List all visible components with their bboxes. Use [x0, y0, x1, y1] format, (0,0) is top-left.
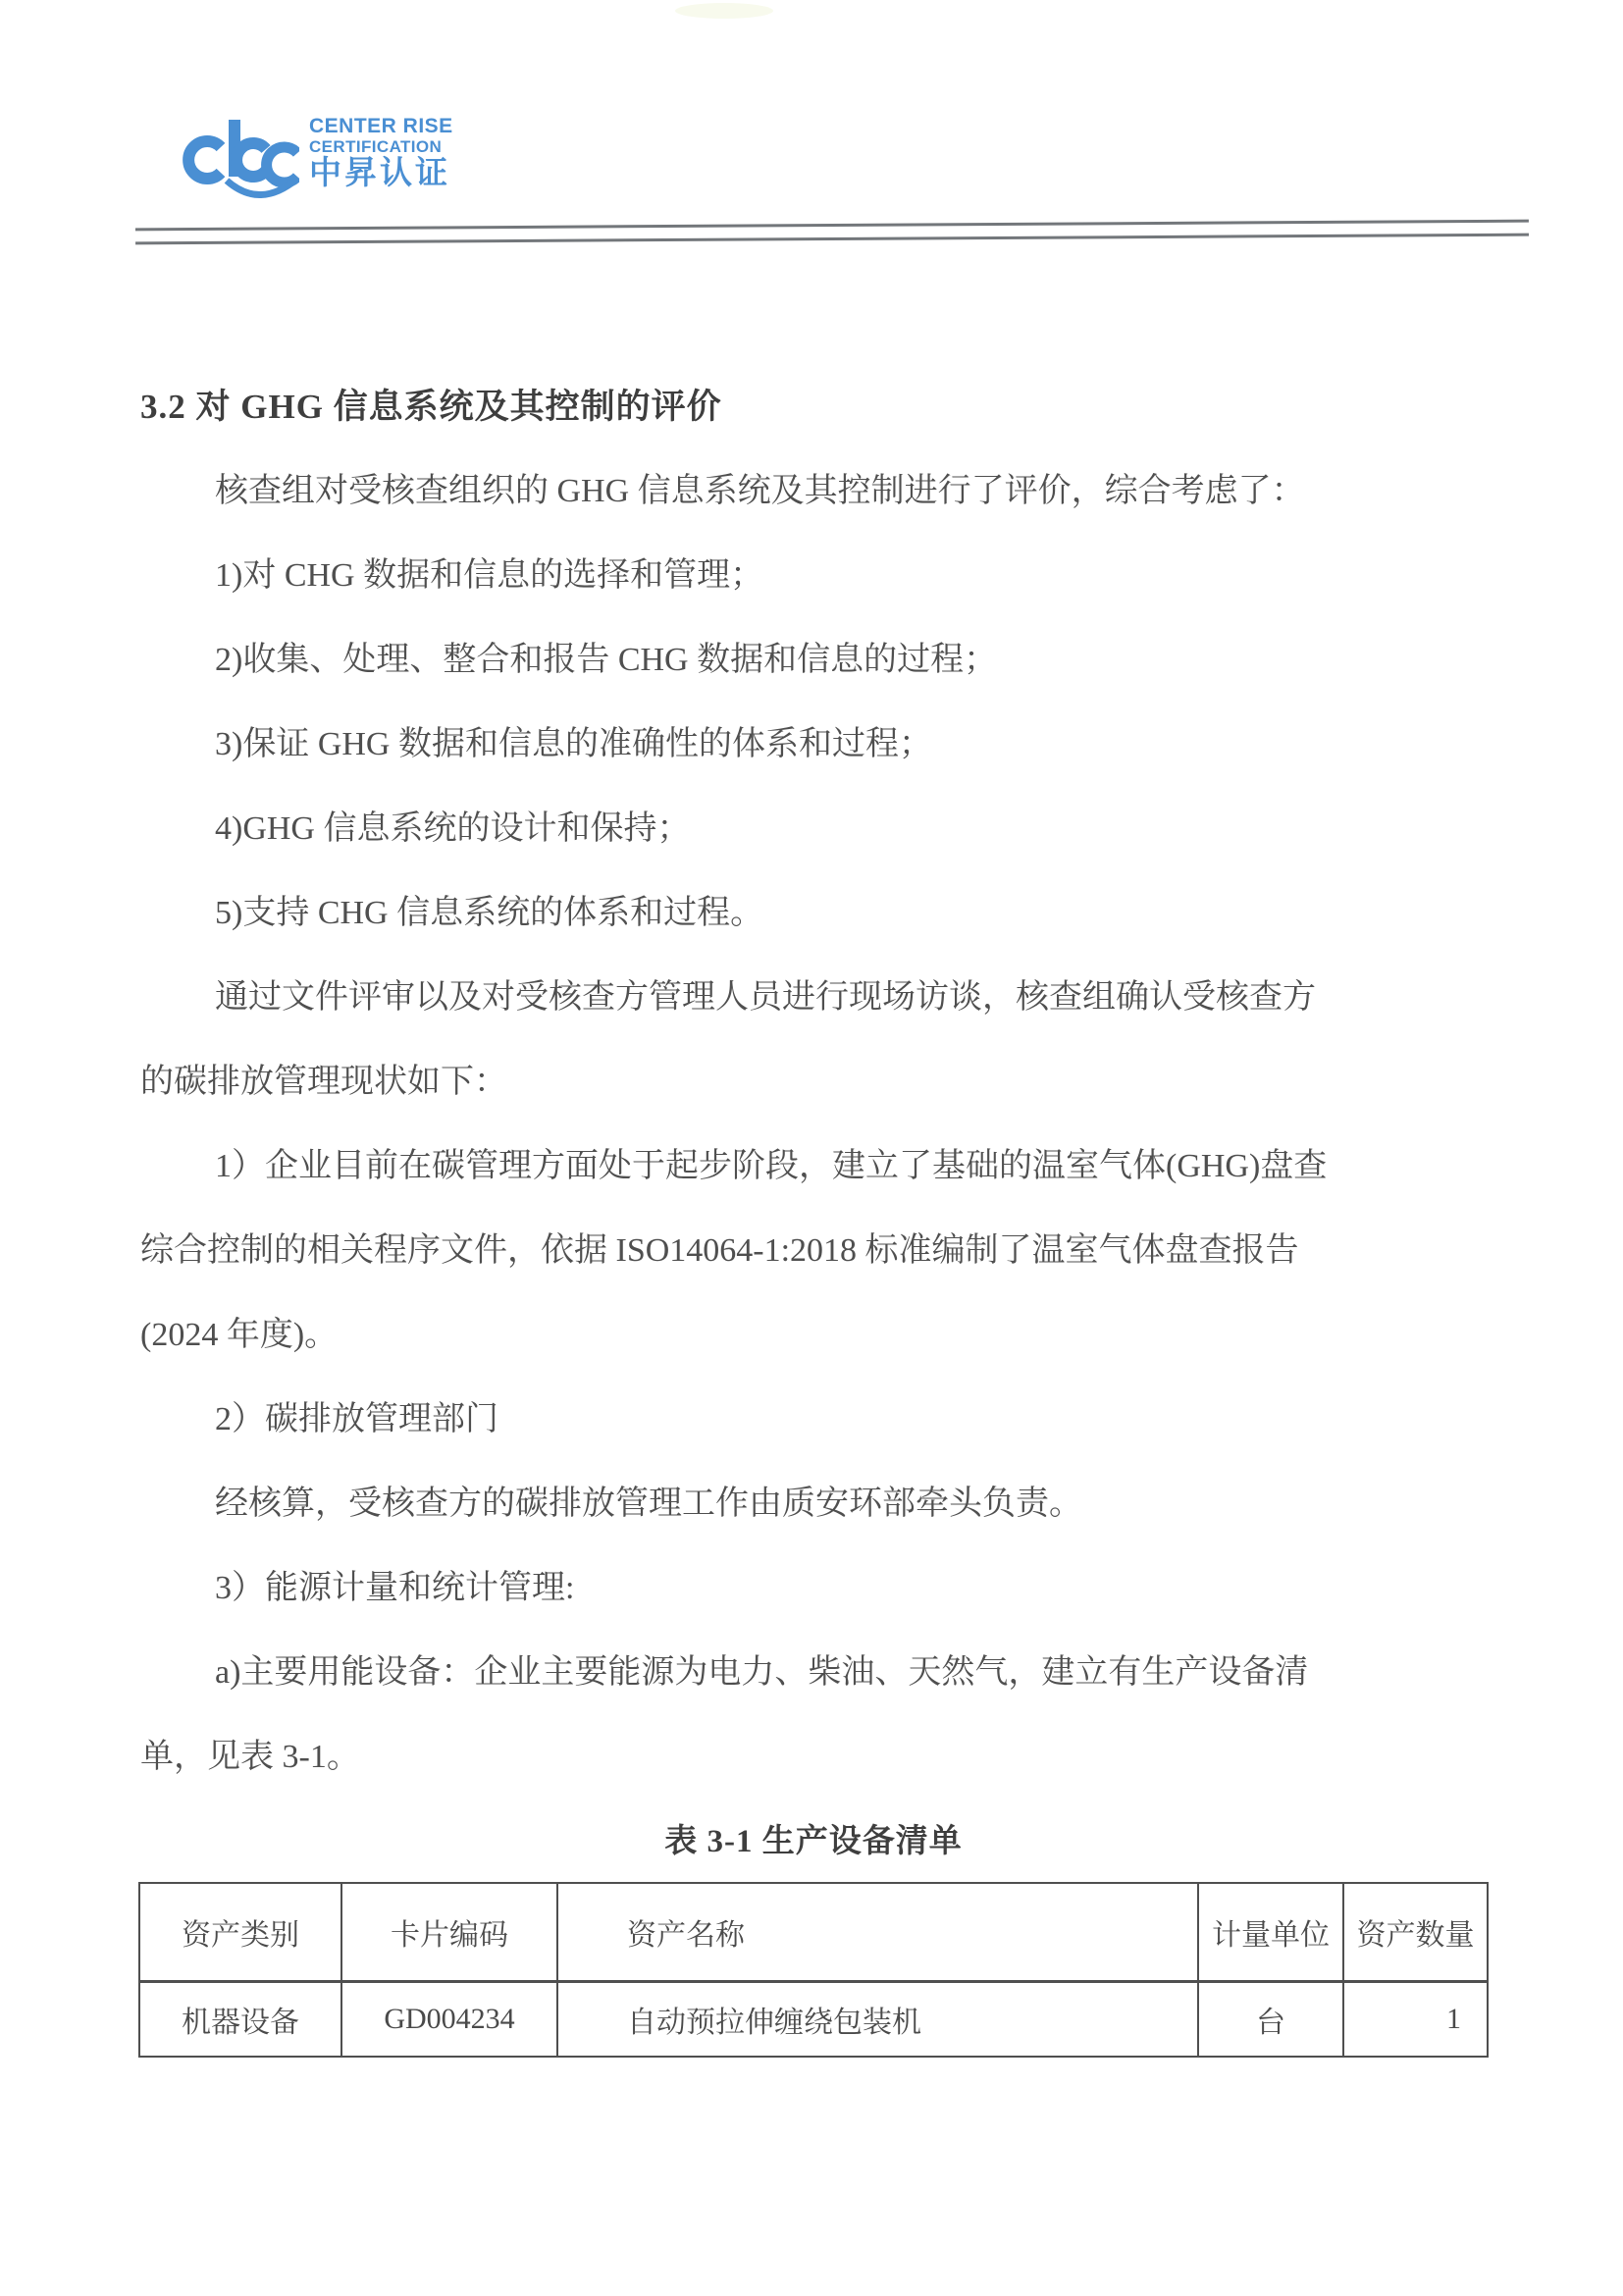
paragraph-line: 经核算，受核查方的碳排放管理工作由质安环部牵头负责。 [140, 1462, 1487, 1546]
header-cell: 卡片编码 [341, 1883, 557, 1981]
paragraph-line: (2024 年度)。 [140, 1293, 1487, 1378]
scan-smudge [675, 3, 773, 19]
paragraph-line: 的碳排放管理现状如下： [140, 1040, 1487, 1124]
paragraph-lines: 核查组对受核查组织的 GHG 信息系统及其控制进行了评价，综合考虑了：1)对 C… [140, 449, 1487, 1800]
paragraph-line: 3)保证 GHG 数据和信息的准确性的体系和过程； [140, 703, 1487, 787]
paragraph-line: 4)GHG 信息系统的设计和保持； [140, 787, 1487, 871]
paragraph-line: a)主要用能设备：企业主要能源为电力、柴油、天然气，建立有生产设备清 [140, 1631, 1487, 1715]
logo-text-line1: CENTER RISE [309, 116, 453, 136]
paragraph-line: 1）企业目前在碳管理方面处于起步阶段，建立了基础的温室气体(GHG)盘查 [140, 1124, 1487, 1209]
paragraph-line: 通过文件评审以及对受核查方管理人员进行现场访谈，核查组确认受核查方 [140, 956, 1487, 1040]
header-cell: 资产数量 [1343, 1883, 1488, 1981]
table-caption: 表 3-1 生产设备清单 [140, 1800, 1487, 1884]
logo-text-line3: 中昇认证 [309, 158, 453, 190]
crc-logo-icon [182, 116, 299, 202]
paragraph-line: 2)收集、处理、整合和报告 CHG 数据和信息的过程； [140, 618, 1487, 703]
data-cell: 机器设备 [139, 1981, 341, 2057]
paragraph-line: 单，见表 3-1。 [140, 1715, 1487, 1800]
logo-text-line2: CERTIFICATION [309, 138, 453, 155]
header-divider-rule [135, 220, 1529, 245]
paragraph-line: 1)对 CHG 数据和信息的选择和管理； [140, 534, 1487, 618]
header-cell: 计量单位 [1198, 1883, 1343, 1981]
paragraph-line: 5)支持 CHG 信息系统的体系和过程。 [140, 871, 1487, 956]
table-row: 机器设备GD004234自动预拉伸缠绕包装机台1 [139, 1981, 1488, 2057]
data-cell: 自动预拉伸缠绕包装机 [557, 1981, 1198, 2057]
equipment-table: 资产类别卡片编码资产名称计量单位资产数量 机器设备GD004234自动预拉伸缠绕… [138, 1882, 1489, 2058]
document-body: 3.2 对 GHG 信息系统及其控制的评价 核查组对受核查组织的 GHG 信息系… [140, 365, 1487, 1884]
paragraph-line: 核查组对受核查组织的 GHG 信息系统及其控制进行了评价，综合考虑了： [140, 449, 1487, 534]
header-cell: 资产类别 [139, 1883, 341, 1981]
section-heading: 3.2 对 GHG 信息系统及其控制的评价 [140, 365, 1487, 449]
paragraph-line: 3）能源计量和统计管理: [140, 1546, 1487, 1631]
equipment-table-header: 资产类别卡片编码资产名称计量单位资产数量 [139, 1883, 1488, 1981]
data-cell: GD004234 [341, 1981, 557, 2057]
paragraph-line: 2）碳排放管理部门 [140, 1378, 1487, 1462]
data-cell: 1 [1343, 1981, 1488, 2057]
header-cell: 资产名称 [557, 1883, 1198, 1981]
data-cell: 台 [1198, 1981, 1343, 2057]
paragraph-line: 综合控制的相关程序文件，依据 ISO14064-1:2018 标准编制了温室气体… [140, 1209, 1487, 1293]
document-page: CENTER RISE CERTIFICATION 中昇认证 3.2 对 GHG… [0, 0, 1623, 2296]
logo: CENTER RISE CERTIFICATION 中昇认证 [182, 116, 453, 202]
